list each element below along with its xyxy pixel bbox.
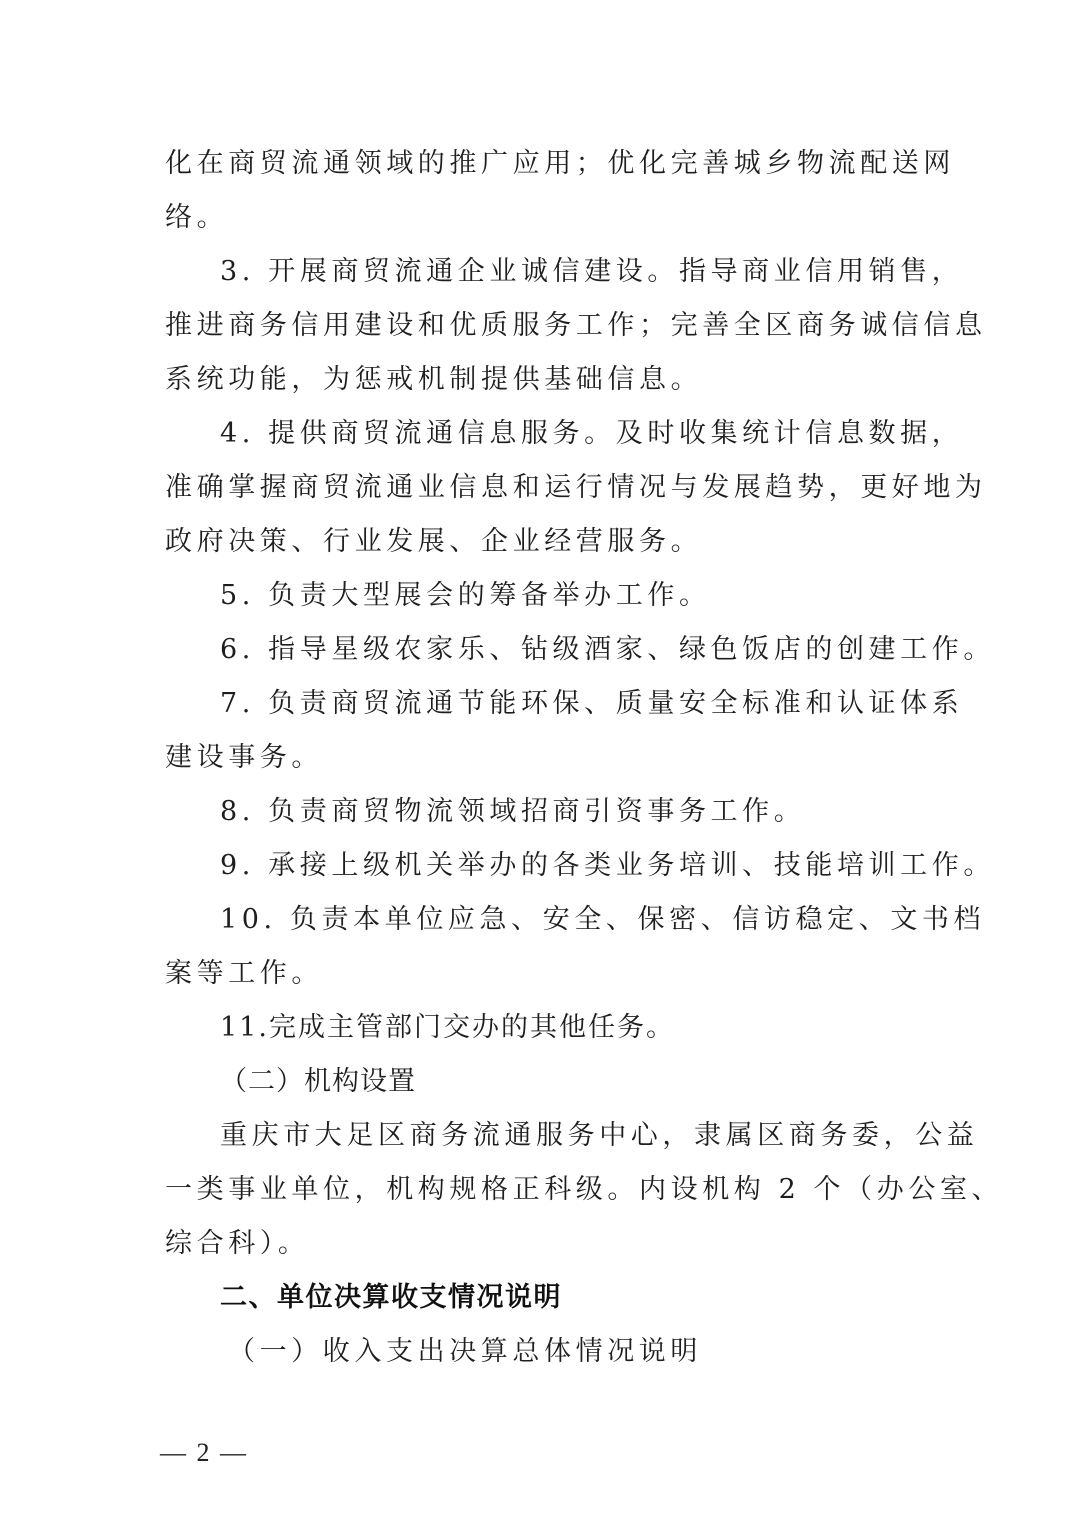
section-heading-budget: 二、单位决算收支情况说明: [220, 1280, 980, 1316]
document-page: 化在商贸流通领域的推广应用；优化完善城乡物流配送网 络。 3. 开展商贸流通企业…: [0, 0, 1075, 1520]
list-item-6: 6. 指导星级农家乐、钻级酒家、绿色饭店的创建工作。: [220, 632, 980, 668]
list-item-10: 10. 负责本单位应急、安全、保密、信访稳定、文书档: [220, 902, 980, 938]
subsection-heading-overview: （一）收入支出决算总体情况说明: [228, 1334, 988, 1370]
paragraph-line: 案等工作。: [165, 956, 925, 992]
list-item-9: 9. 承接上级机关举办的各类业务培训、技能培训工作。: [220, 848, 980, 884]
section-heading-org-setup: （二）机构设置: [220, 1064, 980, 1100]
paragraph-line: 政府决策、行业发展、企业经营服务。: [165, 524, 925, 560]
paragraph-line: 系统功能，为惩戒机制提供基础信息。: [165, 362, 925, 398]
paragraph-line: 综合科）。: [165, 1226, 925, 1262]
list-item-3: 3. 开展商贸流通企业诚信建设。指导商业信用销售，: [220, 254, 980, 290]
list-item-7: 7. 负责商贸流通节能环保、质量安全标准和认证体系: [220, 686, 980, 722]
paragraph-line: 化在商贸流通领域的推广应用；优化完善城乡物流配送网: [165, 146, 925, 182]
paragraph-line: 一类事业单位，机构规格正科级。内设机构 2 个（办公室、: [165, 1172, 925, 1208]
list-item-11: 11.完成主管部门交办的其他任务。: [220, 1010, 980, 1046]
paragraph-line: 络。: [165, 200, 925, 236]
paragraph-line: 重庆市大足区商务流通服务中心，隶属区商务委，公益: [220, 1118, 980, 1154]
paragraph-line: 推进商务信用建设和优质服务工作；完善全区商务诚信信息: [165, 308, 925, 344]
list-item-8: 8. 负责商贸物流领域招商引资事务工作。: [220, 794, 980, 830]
paragraph-line: 准确掌握商贸流通业信息和运行情况与发展趋势，更好地为: [165, 470, 925, 506]
list-item-4: 4. 提供商贸流通信息服务。及时收集统计信息数据，: [220, 416, 980, 452]
paragraph-line: 建设事务。: [165, 740, 925, 776]
list-item-5: 5. 负责大型展会的筹备举办工作。: [220, 578, 980, 614]
page-number: — 2 —: [160, 1438, 248, 1468]
